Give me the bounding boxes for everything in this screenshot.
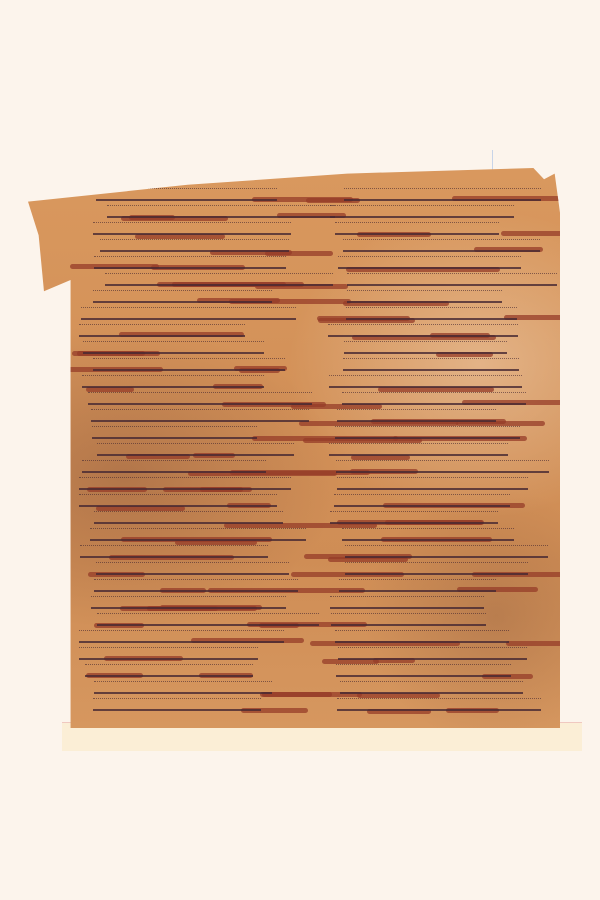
script-line [94,256,285,269]
script-line [330,596,484,609]
script-line [344,341,507,354]
script-line [79,494,277,507]
script-line [90,528,306,541]
script-line [94,681,273,694]
script-line [347,290,501,303]
script-line [335,222,499,235]
script-line [97,443,293,456]
script-line [331,613,485,626]
script-line [79,477,291,490]
script-line [79,630,284,643]
script-line [94,511,283,524]
script-line [330,511,498,524]
script-line [80,545,268,558]
script-line [97,613,318,626]
script-line [105,273,333,286]
birch-bark-manuscript [28,168,560,728]
script-line [336,664,511,677]
script-line [334,494,511,507]
script-line [85,664,253,677]
script-line [337,477,528,490]
script-line [93,290,272,303]
script-line [328,324,517,337]
script-line [344,188,541,201]
script-line [345,545,548,558]
script-line [88,392,312,405]
script-line [340,681,522,694]
script-line [338,256,521,269]
script-line [96,188,277,201]
script-line [343,239,540,252]
script-line [93,222,292,235]
script-line [94,579,297,592]
script-line [338,647,527,660]
script-line [329,375,523,388]
script-line [330,205,513,218]
script-line [79,324,246,337]
script-line [342,392,526,405]
script-line [100,239,289,252]
script-line [93,358,285,371]
script-line [107,205,335,218]
script-line [82,375,264,388]
script-line [346,307,517,320]
image-caption: Ancient birch-bark manuscript with cursi… [0,0,1,1]
script-line [96,562,288,575]
script-line [337,698,541,711]
script-line [337,409,496,422]
script-line [81,307,297,320]
bark-strip [262,692,332,697]
script-line [335,426,520,439]
script-line [342,528,514,541]
script-line [82,460,267,473]
bark-strip [504,315,599,320]
script-line [345,562,528,575]
script-line [79,647,258,660]
script-line [329,443,509,456]
script-line [93,698,261,711]
bark-strip [506,641,600,646]
script-line [91,596,286,609]
script-line [343,358,519,371]
script-line [92,426,257,439]
script-line [335,630,509,643]
bark-strip [501,231,594,236]
script-line [83,341,264,354]
script-line [339,579,496,592]
script-line [91,409,309,422]
script-line [347,273,558,286]
script-line [336,460,549,473]
